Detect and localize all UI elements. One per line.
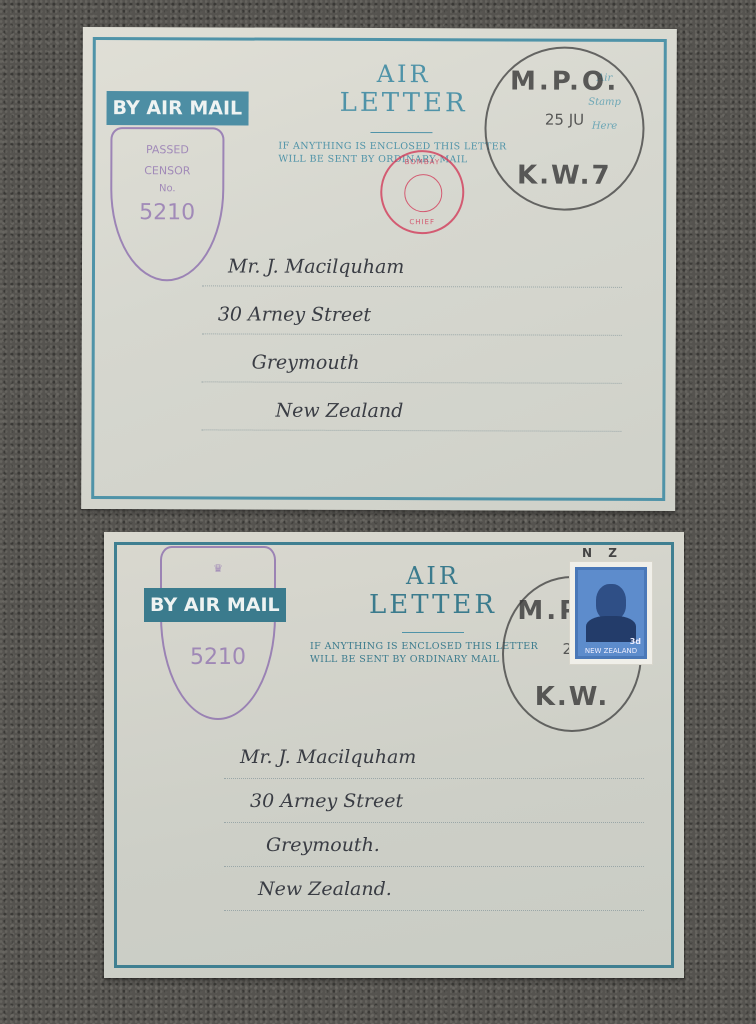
address-name: Mr. J. Macilquham [240,746,416,768]
recipient-address: Mr. J. Macilquham 30 Arney Street Greymo… [81,27,677,511]
address-country: New Zealand. [258,878,392,900]
recipient-address: Mr. J. Macilquham 30 Arney Street Greymo… [104,532,684,978]
air-letter-1: BY AIR MAIL AIR LETTER IF ANYTHING IS EN… [81,27,677,511]
address-city: Greymouth [252,352,360,374]
air-letter-2: ♛ 5210 BY AIR MAIL AIR LETTER IF ANYTHIN… [104,532,684,978]
address-street: 30 Arney Street [218,303,371,326]
address-country: New Zealand [275,400,403,422]
address-name: Mr. J. Macilquham [228,255,404,278]
address-street: 30 Arney Street [250,790,403,812]
address-city: Greymouth. [266,834,380,856]
